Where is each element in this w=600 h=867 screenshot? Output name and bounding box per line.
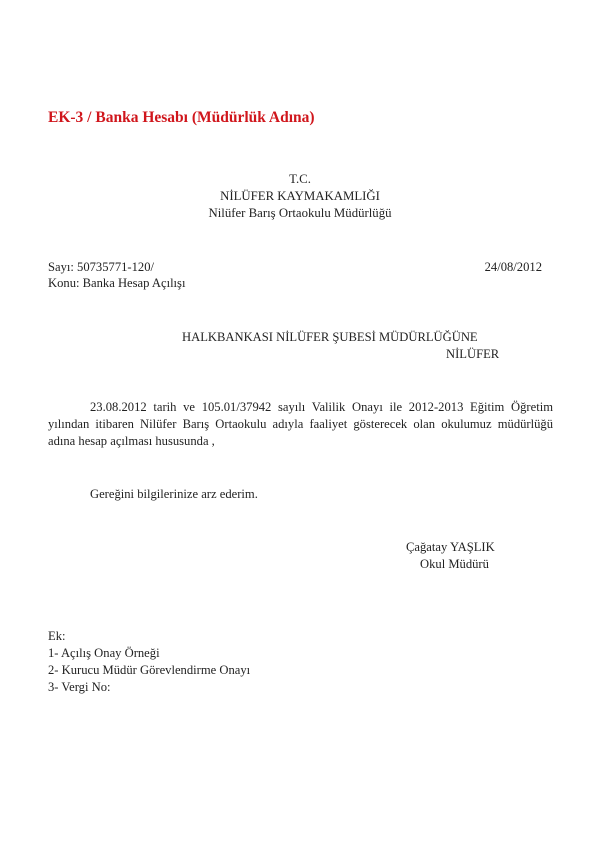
closing-line: Gereğini bilgilerinize arz ederim.: [90, 487, 258, 502]
attachments-label: Ek:: [48, 629, 66, 644]
reference-number: Sayı: 50735771-120/: [48, 260, 154, 275]
document-date: 24/08/2012: [485, 260, 542, 275]
annex-title: EK-3 / Banka Hesabı (Müdürlük Adına): [48, 109, 315, 127]
attachment-item: 1- Açılış Onay Örneği: [48, 646, 160, 661]
header-tc: T.C.: [0, 172, 600, 187]
recipient-line-2: NİLÜFER: [446, 347, 499, 362]
header-authority: NİLÜFER KAYMAKAMLIĞI: [0, 189, 600, 204]
header-school: Nilüfer Barış Ortaokulu Müdürlüğü: [0, 206, 600, 221]
signatory-name: Çağatay YAŞLIK: [406, 540, 495, 555]
signatory-title: Okul Müdürü: [420, 557, 489, 572]
attachment-item: 2- Kurucu Müdür Görevlendirme Onayı: [48, 663, 250, 678]
body-paragraph: 23.08.2012 tarih ve 105.01/37942 sayılı …: [48, 399, 553, 450]
recipient-line-1: HALKBANKASI NİLÜFER ŞUBESİ MÜDÜRLÜĞÜNE: [182, 330, 478, 345]
subject-line: Konu: Banka Hesap Açılışı: [48, 276, 185, 291]
attachment-item: 3- Vergi No:: [48, 680, 111, 695]
